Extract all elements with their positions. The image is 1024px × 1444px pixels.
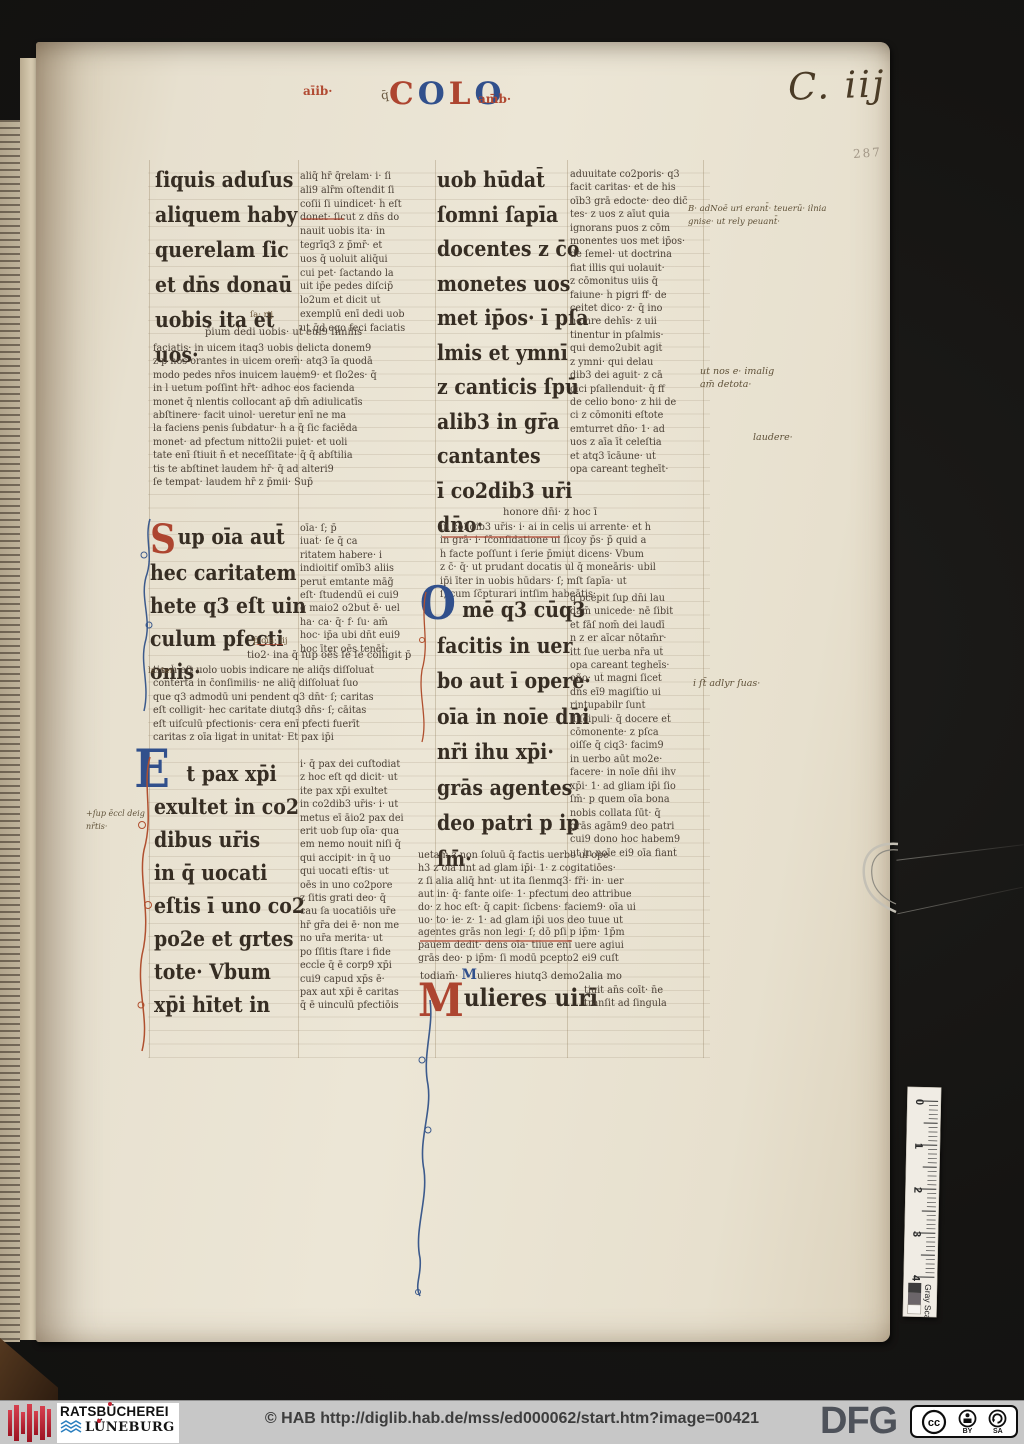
text-line: z ſitis grati deo· q̄ <box>300 892 404 905</box>
text-line: aliquem haby <box>155 197 297 232</box>
text-line: qui uocati eſtis· ut <box>300 865 404 878</box>
text-line: em nemo nouit niſi q̄ <box>300 838 404 851</box>
text-line: uos z aīa īt̄ celeſtia <box>570 436 688 449</box>
text-line: uos q̄ uoluit aliq̄ui <box>300 253 405 267</box>
running-title-left: aīib· <box>303 84 332 98</box>
text-line: hr̄ gr̄a dei ē· non me <box>300 919 404 932</box>
text-line: grās agām9 deo patri <box>570 820 680 833</box>
text-line: monentes uos met ip̄os· <box>570 235 688 248</box>
text-line: tes· z uos z aīut quia <box>570 208 688 221</box>
penwork-flourish-blue <box>136 515 158 715</box>
text-line: et dn̄s donaū <box>155 267 297 302</box>
text-line: aut in· q̄· fante oiſe· 1· pfectum deo a… <box>418 889 636 902</box>
text-line: de celio bono· z hii de <box>570 396 688 409</box>
svg-text:cc: cc <box>928 1417 940 1429</box>
text-line: indioitif omīb3 aliis <box>300 562 400 575</box>
text-line: n z er aīcar nōtam̄r· <box>570 632 680 645</box>
page-holder-clip <box>858 838 904 922</box>
marginal-note: ut nos e· imaligam̄ detota· <box>700 366 774 391</box>
gray-scale-ruler: 0 1 2 3 4 Gray Scale <box>903 1087 942 1318</box>
lemma-block-verbum: uob hūdat̄ſomni ſapīadocentes z c̄omonet… <box>437 163 588 543</box>
text-line: oēs in uno co2pore <box>300 879 404 892</box>
gloss-block: in co2dib3 ur̄is· i· ai in celis ui arre… <box>440 521 656 601</box>
text-line: cau ſa uocatiōis ur̄e <box>300 905 404 918</box>
text-line: eccl̄e q̄ ē corp9 xp̄i <box>300 959 404 972</box>
text-line: erit uob ſup oīa· qua <box>300 825 404 838</box>
text-line: de ſemel· ut doctrina <box>570 248 688 261</box>
cc-license-badge: cc BY SA <box>910 1405 1018 1438</box>
text-line: z hoc eſt qd dicit· ut <box>300 771 404 784</box>
text-line: aliq̄ hr̄ q̄relam· i· ſi <box>300 170 405 184</box>
text-line: po ſſitis ſtare i fide <box>300 946 404 959</box>
text-line: cui pet· ſactando la <box>300 267 405 281</box>
lemma-lines: facitis in uerbo aut ī opere·oīa in noīe… <box>437 628 591 877</box>
lemma-first-line: mē q3 cūq3 <box>437 592 591 628</box>
text-line: z c̄· q̄· ut prudant docatis ul q̄ moneā… <box>440 561 656 574</box>
text-line: faiune· h̄ pigri ff· de <box>570 289 688 302</box>
text-line: ſe tempat· laudem hr̄ z p̄mii· Sup̄ <box>153 476 377 489</box>
text-line: facitis in uer <box>437 628 591 664</box>
text-line: caritas z oīa ligat̄ in unitat̄· Et pax … <box>153 731 374 744</box>
penwork-flourish-red <box>414 590 434 745</box>
text-line: cōmonente· z pſca <box>570 726 680 739</box>
cc-by-icon: BY <box>958 1409 977 1435</box>
lemma-text: ulieres uirī <box>464 983 598 1012</box>
lemma-text: up oīa aut̄ <box>178 524 285 549</box>
text-line: B· adNoē uri erant̄· teuerū· ilnia <box>688 203 826 216</box>
text-line: am̄ detota· <box>700 379 774 392</box>
title-letter: C <box>389 76 418 112</box>
text-line: emturret dn̄o· 1· ad <box>570 423 688 436</box>
text-line: fiat illis qui uolauit· <box>570 262 688 275</box>
text-line: itt ſue uerba nr̄a ut̄ <box>570 646 680 659</box>
cc-sa-label: SA <box>993 1428 1003 1435</box>
text-line: nemre dehīs· z uii <box>570 315 688 328</box>
text-line: gnise· ut rely peuant̄· <box>688 216 826 229</box>
text-line: z ſi alia aliq̄ hnt· ut̄ ita ſienmq3· fr… <box>418 876 636 889</box>
ruler-label: Gray Scale <box>922 1284 933 1317</box>
text-line: dib3 dei aguit· z cā <box>570 369 688 382</box>
text-line: ha· ca· q̄· f· ſu· am̄ <box>300 616 400 629</box>
manuscript-page: aīib· q̄ COLO am̄b· C. iij 287 ſiquis ad… <box>36 42 890 1342</box>
text-line: q̄ pcepit ſup dn̄i lau <box>570 592 680 605</box>
text-line: eſtis ī uno co2 <box>154 889 305 922</box>
text-line: cui9 dono hoc habem9 <box>570 833 680 846</box>
text-line: oīa· ſ; p̄ <box>300 522 400 535</box>
text-line: tinentur in pſalmis· <box>570 329 688 342</box>
text-line: eſt colligit· hec caritate diutq3 dn̄s· … <box>153 704 374 717</box>
lemma-block-siquis: ſiquis aduſusaliquem habyquerelam ſicet … <box>155 162 297 372</box>
text-line: ut q̄d ego feci faciatis <box>300 322 405 336</box>
text-line: oiſſe q̄ ciq3· facim9 <box>570 739 680 752</box>
text-line: que q3 admodū uni pendent q3 dn̄t· ſ; ca… <box>153 691 374 704</box>
digitized-manuscript-viewer: aīib· q̄ COLO am̄b· C. iij 287 ſiquis ad… <box>0 0 1024 1444</box>
text-line: in uerbo aūt mo2e· <box>570 753 680 766</box>
column-rule <box>703 160 704 1058</box>
text-line: ut in noīe ei9 oīa fiant̄ <box>570 847 680 860</box>
text-line: tis te abſtinet laudem hr̄· q̄ ad alteri… <box>153 463 377 476</box>
text-line: iuat̄· ſe q̄ ca <box>300 535 400 548</box>
text-line: facit caritas· et de his <box>570 181 688 194</box>
marginal-note: B· adNoē uri erant̄· teuerū· ilniagnise·… <box>688 203 826 228</box>
text-line: ſiquis aduſus <box>155 162 297 197</box>
text-line: hete q3 eſt uin <box>150 589 306 622</box>
text-line: diſcipuli· q̄ docere et̄ <box>570 713 680 726</box>
text-line: q̄ maio2 o2but̄ ē· uel <box>300 602 400 615</box>
gloss-column: oīa· ſ; p̄iuat̄· ſe q̄ caritatem habere·… <box>300 522 400 656</box>
text-line: uob hūdat̄ <box>437 163 588 198</box>
ruler-number: 1 <box>912 1143 924 1149</box>
text-line: aduuitate co2poris· q3 <box>570 168 688 181</box>
text-line: ſomni ſapīa <box>437 198 588 233</box>
text-line: nr̄i ihu xp̄i· <box>437 734 591 770</box>
text-line: et fāſ nom̄ dei laudī <box>570 619 680 632</box>
lemma-first-line: Sup oīa aut̄ <box>150 520 306 556</box>
text-line: po2e et grtes <box>154 922 305 955</box>
text-line: dn̄s eī9 magiſt̄io ui <box>570 686 680 699</box>
text-line: no ur̄a merita· ut <box>300 932 404 945</box>
ruler-number: 0 <box>913 1099 925 1105</box>
book-cradle-corner <box>0 1338 58 1400</box>
text-line: ip̄i īter in uobis hūdars· ſ; mſt ſapīa·… <box>440 575 656 588</box>
text-line: abſtinere· facit uinol· ueretur enī ne m… <box>153 409 377 422</box>
cc-icon: cc <box>921 1409 947 1435</box>
cc-by-label: BY <box>963 1428 973 1435</box>
text-line: tis· h̄ eſt uolo uobis indicare ne aliq̄… <box>153 664 374 677</box>
lemma-block-et-pax: E t pax xp̄i exultet in co2dibus ur̄isin… <box>154 757 305 1021</box>
rubric-underline <box>420 940 572 942</box>
chapter-tag: ſa· rij <box>250 310 273 320</box>
text-line: hec caritatem <box>150 556 306 589</box>
marginal-note: i ſt̄ adlyr ſuas· <box>693 678 760 691</box>
text-line: cici pſallenduit· q̄ ff <box>570 383 688 396</box>
text-line: lo2um et dicit ut̄ <box>300 294 405 308</box>
text-line: querelam ſic <box>155 232 297 267</box>
text-line: pax aut xp̄i ē caritas <box>300 986 404 999</box>
text-line: met ip̄os· ī pſa <box>437 301 588 336</box>
rubric-underline <box>302 218 344 220</box>
text-line: hoc· ip̄a ubi dn̄t eui9 <box>300 629 400 642</box>
running-title-right: am̄b· <box>478 92 511 106</box>
text-line: exemplū enī dedi uob <box>300 308 405 322</box>
penwork-descender-blue <box>408 1000 446 1300</box>
text-line: monetes uos <box>437 267 588 302</box>
penwork-flourish-red <box>132 755 160 1055</box>
lemma-block-omne-quodcumque: O mē q3 cūq3 facitis in uerbo aut ī oper… <box>437 592 591 876</box>
text-line: z p nos orantes in uicem orem̄· atq3 īa … <box>153 355 377 368</box>
text-line: et̄ atq3 īcāune· ut̄ <box>570 450 688 463</box>
text-line: tote· Vbum <box>154 955 305 988</box>
ruler-graphic: 0 1 2 3 4 Gray Scale <box>903 1087 942 1318</box>
gloss-block: tis· h̄ eſt uolo uobis indicare ne aliq̄… <box>153 664 374 744</box>
text-line: h3 z oīa ſint ad glam ip̄i· 1· z cogitat… <box>418 863 636 876</box>
gloss-block: tiuit an̄s coīt· n̄etranſit ad ſingula <box>584 984 667 1011</box>
text-line: ali9 alr̄m oſtendit ſi <box>300 184 405 198</box>
text-line: i· q̄ pax dei cuſtodiat <box>300 758 404 771</box>
rubric-underline <box>442 536 560 538</box>
text-line: grās agentes <box>437 770 591 806</box>
facing-page-text-edge <box>0 120 20 1342</box>
text-line: ut nos e· imalig <box>700 366 774 379</box>
text-line: monet q̄ nlentis collocant ap̄ dm̄ adiul… <box>153 396 377 409</box>
text-line: lmis et ymnī <box>437 336 588 371</box>
text-line: ignorans puos z cōm <box>570 222 688 235</box>
text-line: nobis collata ſūt· q̄ <box>570 807 680 820</box>
text-line: in q̄ uocati <box>154 856 305 889</box>
text-line: h̄ facte poſſunt i ſerie p̄miut dicens· … <box>440 548 656 561</box>
clip-wire <box>897 887 1022 915</box>
lemma-block-super-omnia: Sup oīa aut̄ hec caritatemhete q3 eſt ui… <box>150 520 306 688</box>
text-line: alib3 in gr̄a <box>437 405 588 440</box>
text-line: ceitet dico· z· q̄ ino <box>570 302 688 315</box>
marginal-note: laudere· <box>753 432 793 445</box>
chapter-tag: p̄ oīa· iij <box>253 636 288 646</box>
gloss-block: uetam̄ z non ſoluū q̄ factis uerbo ul op… <box>418 850 636 966</box>
text-line: perut̄ emtante māg̃ <box>300 576 400 589</box>
text-line: uo· to· ie· z· 1· ad glam ip̄i uos deo t… <box>418 915 636 928</box>
text-line: la faciens penis ſubdatur· h̄ a q̄ ſic f… <box>153 422 377 435</box>
text-line: opa careant tegheīt· <box>570 463 688 476</box>
text-line: agentes grās non legi· ſ; dō pſi p ip̄m·… <box>418 927 636 940</box>
text-line: ī co2dib3 ur̄i <box>437 474 588 509</box>
text-line: pauem dedit· dens oīa· tiiue enī uere ag… <box>418 940 636 953</box>
text-line: do· z hoc eſt· q̄ capit· ſicbens· faciem… <box>418 902 636 915</box>
lemma-lines: exultet in co2dibus ur̄isin q̄ uocatieſt… <box>154 790 305 1021</box>
text-line: z cōmonitus uiis q̄ <box>570 275 688 288</box>
ruler-number: 2 <box>911 1187 923 1193</box>
text-line: in co2dib3 ur̄is· i· ut <box>300 798 404 811</box>
text-line: oño· ut̄ magni ſicet̄ <box>570 672 680 685</box>
text-line: z canticis ſpū <box>437 370 588 405</box>
text-line: faciatis· in uicem itaq3 uobis delicta d… <box>153 342 377 355</box>
text-line: in l uetum poſſint hr̄t· adhoc eos facie… <box>153 382 377 395</box>
text-line: metus eī āio2 pax dei <box>300 812 404 825</box>
text-line: bo aut ī opere· <box>437 663 591 699</box>
text-line: exultet in co2 <box>154 790 305 823</box>
text-line: tiuit an̄s coīt· n̄e <box>584 984 667 997</box>
text-line: z ymni· qui delau <box>570 356 688 369</box>
text-line: nauit uobis ita· in <box>300 225 405 239</box>
text-line: q̄ ē uinculū pfectiōis <box>300 999 404 1012</box>
folio-number: C. iij <box>787 62 886 108</box>
text-line: tranſit ad ſingula <box>584 997 667 1010</box>
title-letter: L <box>449 76 475 112</box>
text-line: modo pedes nr̄os inuicem lauem9· et ſlo2… <box>153 369 377 382</box>
text-line: xp̄i hītet in <box>154 988 305 1021</box>
gloss-column: aliq̄ hr̄ q̄relam· i· ſiali9 alr̄m oſten… <box>300 170 405 336</box>
text-line: monet· ad pfectum nitto2ii puiet· et uol… <box>153 436 377 449</box>
umlaut-accent <box>108 1402 112 1406</box>
text-line: ritatem habere· i <box>300 549 400 562</box>
text-line: eſt uiſculū pfectionis· cera enī pfecti … <box>153 718 374 731</box>
text-line: ite pax xp̄i exultet <box>300 785 404 798</box>
text-line: tegrīq3 z p̄mr̄· et <box>300 239 405 253</box>
cc-sa-icon: SA <box>988 1409 1007 1435</box>
text-line: oīa in noīe dn̄i <box>437 699 591 735</box>
gloss-block: faciatis· in uicem itaq3 uobis delicta d… <box>153 342 377 489</box>
ruler-number: 3 <box>910 1231 922 1237</box>
text-line: uit ip̄e pedes diſcip̄ <box>300 280 405 294</box>
pencil-foliation: 287 <box>853 145 883 161</box>
text-line: rintupabilr ſunt̄ <box>570 699 680 712</box>
lemma-first-line: t pax xp̄i <box>154 757 305 790</box>
text-line: docentes z c̄o <box>437 232 588 267</box>
clip-wire <box>896 844 1023 861</box>
text-line: conterta in c̄onſimilis· ne aliq̄ diſſol… <box>153 677 374 690</box>
text-line: oīb3 grā edocte· deo dic̄ <box>570 195 688 208</box>
text-line: xp̄i· 1· ad gliam ip̄i ſio <box>570 780 680 793</box>
text-line: coſii ſi uindicet· h̄ eſt <box>300 198 405 212</box>
text-line: cui9 capud xp̄s ē· <box>300 973 404 986</box>
text-line: dam̄ unicede· nē ſibit <box>570 605 680 618</box>
text-line: ci z cōmoniti eſtote <box>570 409 688 422</box>
text-line: qui accipit· in q̄ uo <box>300 852 404 865</box>
text-line: opa careant tegheīs· <box>570 659 680 672</box>
text-line: facere· in noīe dn̄i ihv <box>570 766 680 779</box>
text-line: dibus ur̄is <box>154 823 305 856</box>
gloss-lead: honore dn̄i· z hoc ī <box>503 507 597 518</box>
text-line: ſm̄· p quem oīa bona <box>570 793 680 806</box>
text-line: in co2dib3 ur̄is· i· ai in celis ui arre… <box>440 521 656 534</box>
text-line: cantantes <box>437 439 588 474</box>
text-line: eſt· ſtudendū ei cui9 <box>300 589 400 602</box>
text-line: tate enī ſtiuit n̄ et neceſſitate· q̄ q̄… <box>153 449 377 462</box>
text-line: deo patri p ip <box>437 805 591 841</box>
text-line: hoc īter oēs tenēt̄· <box>300 643 400 656</box>
text-line: qui demo2ubit agit̄ <box>570 342 688 355</box>
gloss-column: i· q̄ pax dei cuſtodiatz hoc eſt qd dici… <box>300 758 404 1013</box>
title-letter: O <box>418 76 449 112</box>
text-line: grās deo· p ip̄m· ſi modū pcepto2 ei9 cu… <box>418 953 636 966</box>
gloss-column: q̄ pcepit ſup dn̄i laudam̄ unicede· nē ſ… <box>570 592 680 860</box>
dfg-logo: DFG <box>820 1400 897 1443</box>
text-line: i ſt̄ adlyr ſuas· <box>693 678 760 691</box>
text-line: laudere· <box>753 432 793 445</box>
gloss-column: aduuitate co2poris· q3facit caritas· et … <box>570 168 688 476</box>
